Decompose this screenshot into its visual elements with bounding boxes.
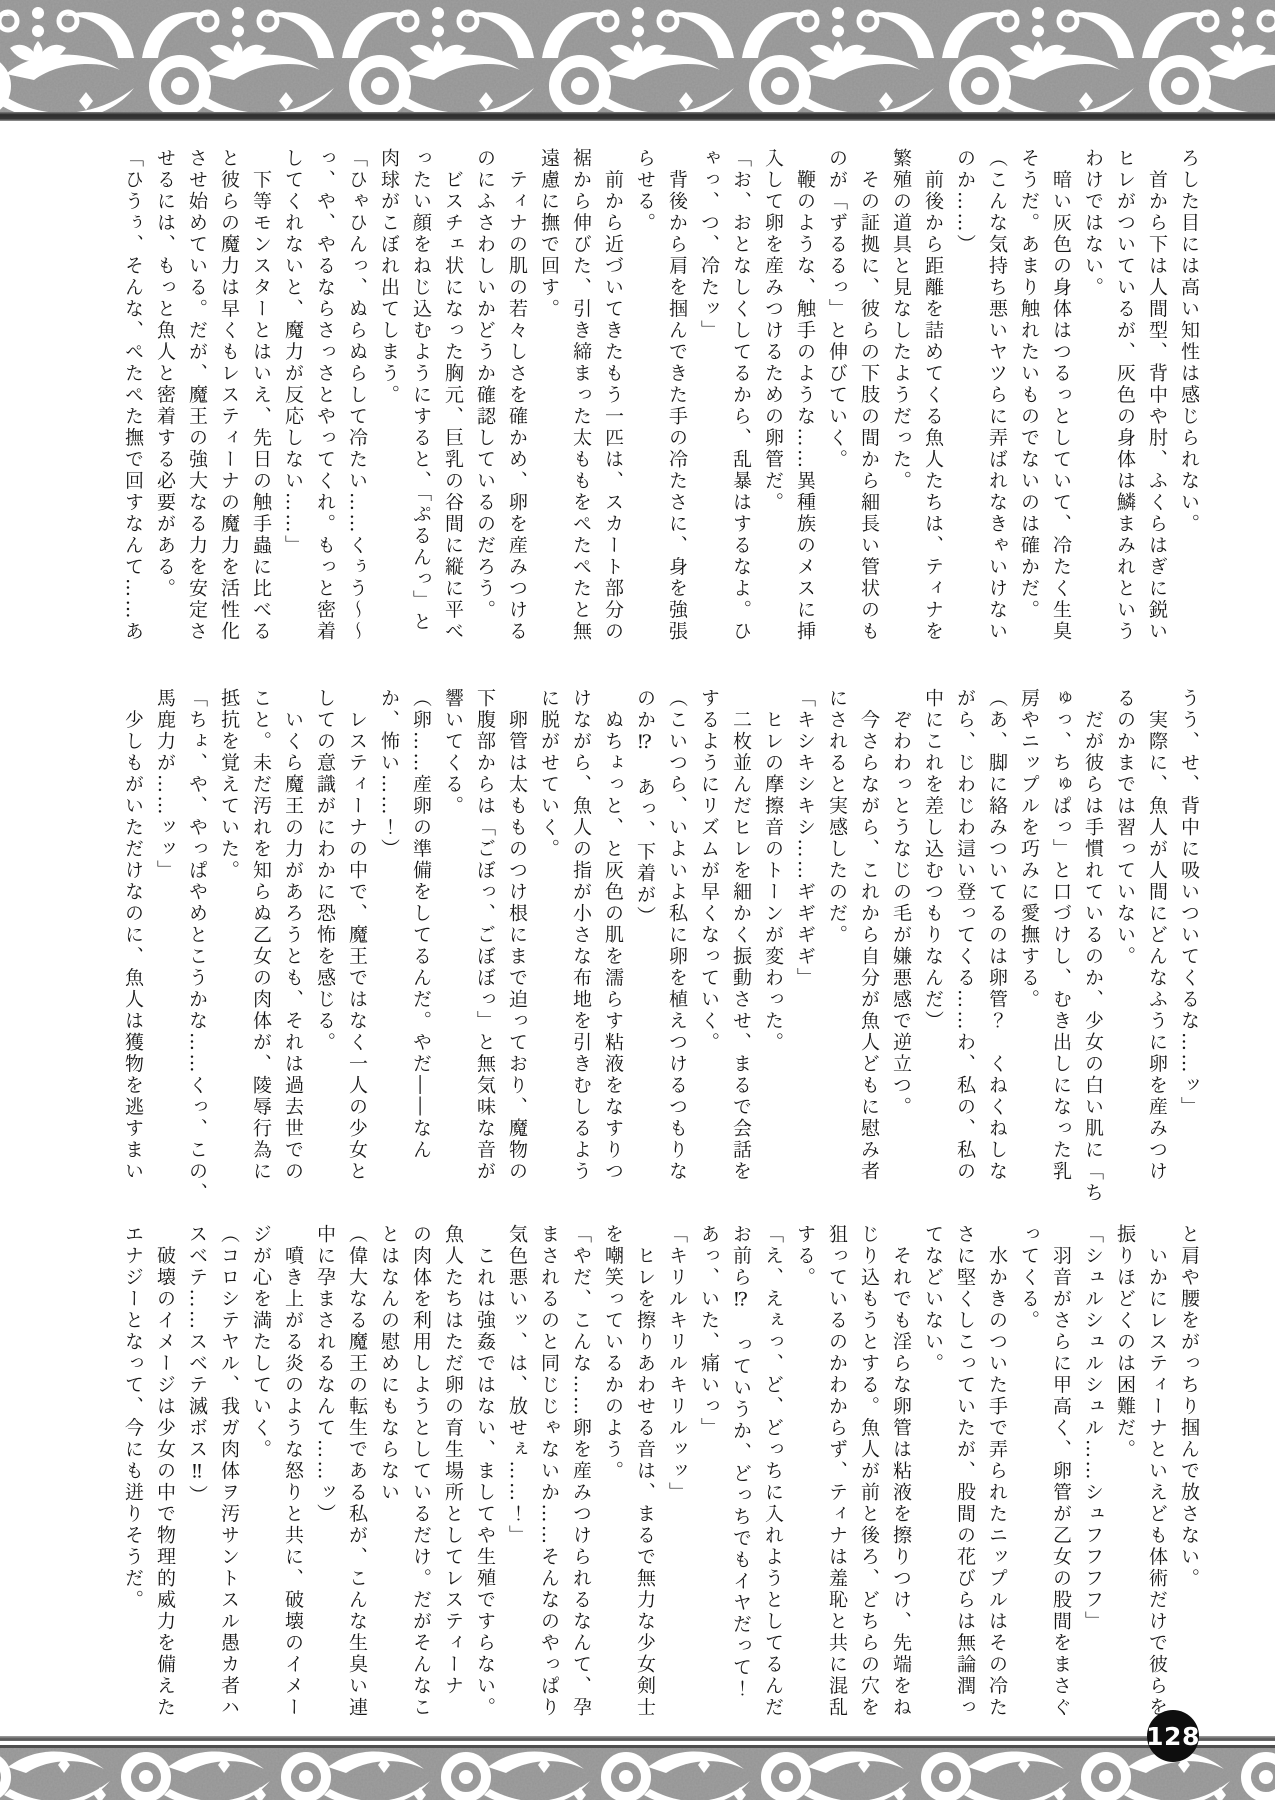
- text-column: するようにリズムが早くなっていく。: [693, 688, 725, 1200]
- text-column: 「ちょ、や、やっぱやめとこうかな……くっ、この、: [181, 688, 213, 1200]
- text-column: 今さらながら、これから自分が魚人どもに慰み者: [853, 688, 885, 1200]
- text-column: 響いてくる。: [437, 688, 469, 1200]
- scroll-ornament-top: [0, 0, 1275, 112]
- text-column: （コロシテヤル、我ガ肉体ヲ汚サントスル愚カ者ハ: [213, 1224, 245, 1736]
- text-column: してくれないと、魔力が反応しない……」: [277, 148, 309, 660]
- text-column: 首から下は人間型、背中や肘、ふくらはぎに鋭い: [1141, 148, 1173, 660]
- text-column: 裾から伸びた、引き締まった太ももをぺたぺたと無: [565, 148, 597, 660]
- text-column: 狙っているのかわからず、ティナは羞恥と共に混乱: [821, 1224, 853, 1736]
- text-column: ったい顔をねじ込むようにすると、「ぷるんっ」と: [405, 148, 437, 660]
- text-column: るのかまでは習っていない。: [1109, 688, 1141, 1200]
- text-column: 房やニップルを巧みに愛撫する。: [1013, 688, 1045, 1200]
- novel-page: ろした目には高い知性は感じられない。 首から下は人間型、背中や肘、ふくらはぎに鋭…: [0, 0, 1275, 1800]
- text-column: （あ、脚に絡みついてるのは卵管？ くねくねしな: [981, 688, 1013, 1200]
- text-column: あっ、いた、痛いっ」: [693, 1224, 725, 1736]
- text-column: 魚人たちはただ卵の育生場所としてレスティーナ: [437, 1224, 469, 1736]
- text-column: がら、じわじわ這い登ってくる……わ、私の、私の: [949, 688, 981, 1200]
- text-column: ぬちょっと、と灰色の肌を濡らす粘液をなすりつ: [597, 688, 629, 1200]
- text-column: ティナの肌の若々しさを確かめ、卵を産みつける: [501, 148, 533, 660]
- text-column: それでも淫らな卵管は粘液を擦りつけ、先端をね: [885, 1224, 917, 1736]
- divider-rule-top: [0, 112, 1275, 121]
- text-column: 鞭のような、触手のような……異種族のメスに挿: [789, 148, 821, 660]
- text-column: と彼らの魔力は早くもレスティーナの魔力を活性化: [213, 148, 245, 660]
- text-column: 噴き上がる炎のような怒りと共に、破壊のイメー: [277, 1224, 309, 1736]
- text-column: か、怖い……！）: [373, 688, 405, 1200]
- text-column: スベテ……スベテ滅ボス‼）: [181, 1224, 213, 1736]
- text-column: を嘲笑っているかのよう。: [597, 1224, 629, 1736]
- text-column: のか⁉ あっ、下着が）: [629, 688, 661, 1200]
- text-column: こと。未だ汚れを知らぬ乙女の肉体が、陵辱行為に: [245, 688, 277, 1200]
- text-column: てなどいない。: [917, 1224, 949, 1736]
- text-column: 中に孕まされるなんて……ッ）: [309, 1224, 341, 1736]
- text-column: ヒレがついているが、灰色の身体は鱗まみれという: [1109, 148, 1141, 660]
- text-column: いかにレスティーナといえども体術だけで彼らを: [1141, 1224, 1173, 1736]
- text-column: 背後から肩を掴んできた手の冷たさに、身を強張: [661, 148, 693, 660]
- text-column: 「シュルシュルシュル……シュフフフフ」: [1077, 1224, 1109, 1736]
- text-column: に脱がせていく。: [533, 688, 565, 1200]
- text-column: 二枚並んだヒレを細かく振動させ、まるで会話を: [725, 688, 757, 1200]
- text-column: 前から近づいてきたもう一匹は、スカート部分の: [597, 148, 629, 660]
- text-column: 水かきのついた手で弄られたニップルはその冷た: [981, 1224, 1013, 1736]
- text-column: 「お、おとなしくしてるから、乱暴はするなよ。ひ: [725, 148, 757, 660]
- text-column: じり込もうとする。魚人が前と後ろ、どちらの穴を: [853, 1224, 885, 1736]
- text-column: の肉体を利用しようとしているだけ。だがそんなこ: [405, 1224, 437, 1736]
- text-column: うう、せ、背中に吸いついてくるな……ッ」: [1173, 688, 1205, 1200]
- text-column: ぞわわっとうなじの毛が嫌悪感で逆立つ。: [885, 688, 917, 1200]
- text-column: 「キリルキリルキリルッッ」: [661, 1224, 693, 1736]
- text-band-top: ろした目には高い知性は感じられない。 首から下は人間型、背中や肘、ふくらはぎに鋭…: [117, 148, 1205, 660]
- page-number: 128: [1146, 1722, 1200, 1751]
- text-column: 振りほどくのは困難だ。: [1109, 1224, 1141, 1736]
- text-column: しての意識がにわかに恐怖を感じる。: [309, 688, 341, 1200]
- text-column: これは強姦ではない、ましてや生殖ですらない。: [469, 1224, 501, 1736]
- text-band-middle: うう、せ、背中に吸いついてくるな……ッ」 実際に、魚人が人間にどんなふうに卵を産…: [117, 688, 1205, 1200]
- text-column: いくら魔王の力があろうとも、それは過去世での: [277, 688, 309, 1200]
- text-column: だが彼らは手慣れているのか、少女の白い肌に「ち: [1077, 688, 1109, 1200]
- ornamental-border-top: [0, 0, 1275, 112]
- text-column: 中にこれを差し込むつもりなんだ）: [917, 688, 949, 1200]
- text-column: エナジーとなって、今にも迸りそうだ。: [117, 1224, 149, 1736]
- text-column: そうだ。あまり触れたいものでないのは確かだ。: [1013, 148, 1045, 660]
- text-column: にされると実感したのだ。: [821, 688, 853, 1200]
- text-column: さに堅くしこっていたが、股間の花びらは無論潤っ: [949, 1224, 981, 1736]
- text-column: （卵……産卵の準備をしてるんだ。やだ――なん: [405, 688, 437, 1200]
- text-column: 気色悪いッ、は、放せぇ……！」: [501, 1224, 533, 1736]
- scroll-ornament-bottom: [0, 1745, 1275, 1800]
- text-column: 「キシキシキシ……ギギギギ」: [789, 688, 821, 1200]
- text-column: のか……）: [949, 148, 981, 660]
- text-column: 暗い灰色の身体はつるっとしていて、冷たく生臭: [1045, 148, 1077, 660]
- text-band-bottom: と肩や腰をがっちり掴んで放さない。 いかにレスティーナといえども体術だけで彼らを…: [117, 1224, 1205, 1736]
- text-column: 抵抗を覚えていた。: [213, 688, 245, 1200]
- text-column: お前ら⁉ っていうか、どっちでもイヤだって！: [725, 1224, 757, 1736]
- text-column: 肉球がこぼれ出てしまう。: [373, 148, 405, 660]
- text-column: （こんな気持ち悪いヤツらに弄ばれなきゃいけない: [981, 148, 1013, 660]
- text-column: 遠慮に撫で回す。: [533, 148, 565, 660]
- text-column: 「やだ、こんな……卵を産みつけられるなんて、孕: [565, 1224, 597, 1736]
- text-column: せるには、もっと魚人と密着する必要がある。: [149, 148, 181, 660]
- text-column: ってくる。: [1013, 1224, 1045, 1736]
- text-column: 少しもがいただけなのに、魚人は獲物を逃すまい: [117, 688, 149, 1200]
- text-column: 前後から距離を詰めてくる魚人たちは、ティナを: [917, 148, 949, 660]
- text-column: のが「ずるるっ」と伸びていく。: [821, 148, 853, 660]
- text-column: けながら、魚人の指が小さな布地を引きむしるよう: [565, 688, 597, 1200]
- text-column: っ、や、やるならさっさとやってくれ。もっと密着: [309, 148, 341, 660]
- text-column: （こいつら、いよいよ私に卵を植えつけるつもりな: [661, 688, 693, 1200]
- text-column: まされるのと同じじゃないか……そんなのやっぱり: [533, 1224, 565, 1736]
- text-column: 羽音がさらに甲高く、卵管が乙女の股間をまさぐ: [1045, 1224, 1077, 1736]
- text-column: と肩や腰をがっちり掴んで放さない。: [1173, 1224, 1205, 1736]
- text-column: 卵管は太もものつけ根にまで迫っており、魔物の: [501, 688, 533, 1200]
- text-column: ヒレを擦りあわせる音は、まるで無力な少女剣士: [629, 1224, 661, 1736]
- text-column: 下等モンスターとはいえ、先日の触手蟲に比べる: [245, 148, 277, 660]
- text-column: （偉大なる魔王の転生である私が、こんな生臭い連: [341, 1224, 373, 1736]
- text-column: 繁殖の道具と見なしたようだった。: [885, 148, 917, 660]
- text-column: 下腹部からは「ごぼっ、ごぼぼっ」と無気味な音が: [469, 688, 501, 1200]
- divider-rule-bottom: [0, 1736, 1275, 1743]
- text-column: する。: [789, 1224, 821, 1736]
- text-column: らせる。: [629, 148, 661, 660]
- text-column: 実際に、魚人が人間にどんなふうに卵を産みつけ: [1141, 688, 1173, 1200]
- text-column: とはなんの慰めにもならない: [373, 1224, 405, 1736]
- text-column: ゃっ、つ、冷たッ」: [693, 148, 725, 660]
- page-number-badge: 128: [1147, 1710, 1199, 1762]
- text-column: させ始めている。だが、魔王の強大なる力を安定さ: [181, 148, 213, 660]
- ornamental-border-bottom: [0, 1745, 1275, 1800]
- text-column: ろした目には高い知性は感じられない。: [1173, 148, 1205, 660]
- text-column: 「ひゃひんっ、ぬらぬらして冷たい……くぅう～～: [341, 148, 373, 660]
- text-column: 馬鹿力が……ッッ」: [149, 688, 181, 1200]
- text-column: 入して卵を産みつけるための卵管だ。: [757, 148, 789, 660]
- text-column: ビスチェ状になった胸元、巨乳の谷間に縦に平べ: [437, 148, 469, 660]
- text-column: 破壊のイメージは少女の中で物理的威力を備えた: [149, 1224, 181, 1736]
- text-column: レスティーナの中で、魔王ではなく一人の少女と: [341, 688, 373, 1200]
- text-column: のにふさわしいかどうか確認しているのだろう。: [469, 148, 501, 660]
- text-column: わけではない。: [1077, 148, 1109, 660]
- text-column: 「え、えぇっ、ど、どっちに入れようとしてるんだ: [757, 1224, 789, 1736]
- text-column: 「ひうぅ、そんな、ぺたぺた撫で回すなんて……あ: [117, 148, 149, 660]
- text-column: その証拠に、彼らの下肢の間から細長い管状のも: [853, 148, 885, 660]
- text-column: ゅっ、ちゅぱっ」と口づけし、むき出しになった乳: [1045, 688, 1077, 1200]
- text-column: ヒレの摩擦音のトーンが変わった。: [757, 688, 789, 1200]
- text-column: ジが心を満たしていく。: [245, 1224, 277, 1736]
